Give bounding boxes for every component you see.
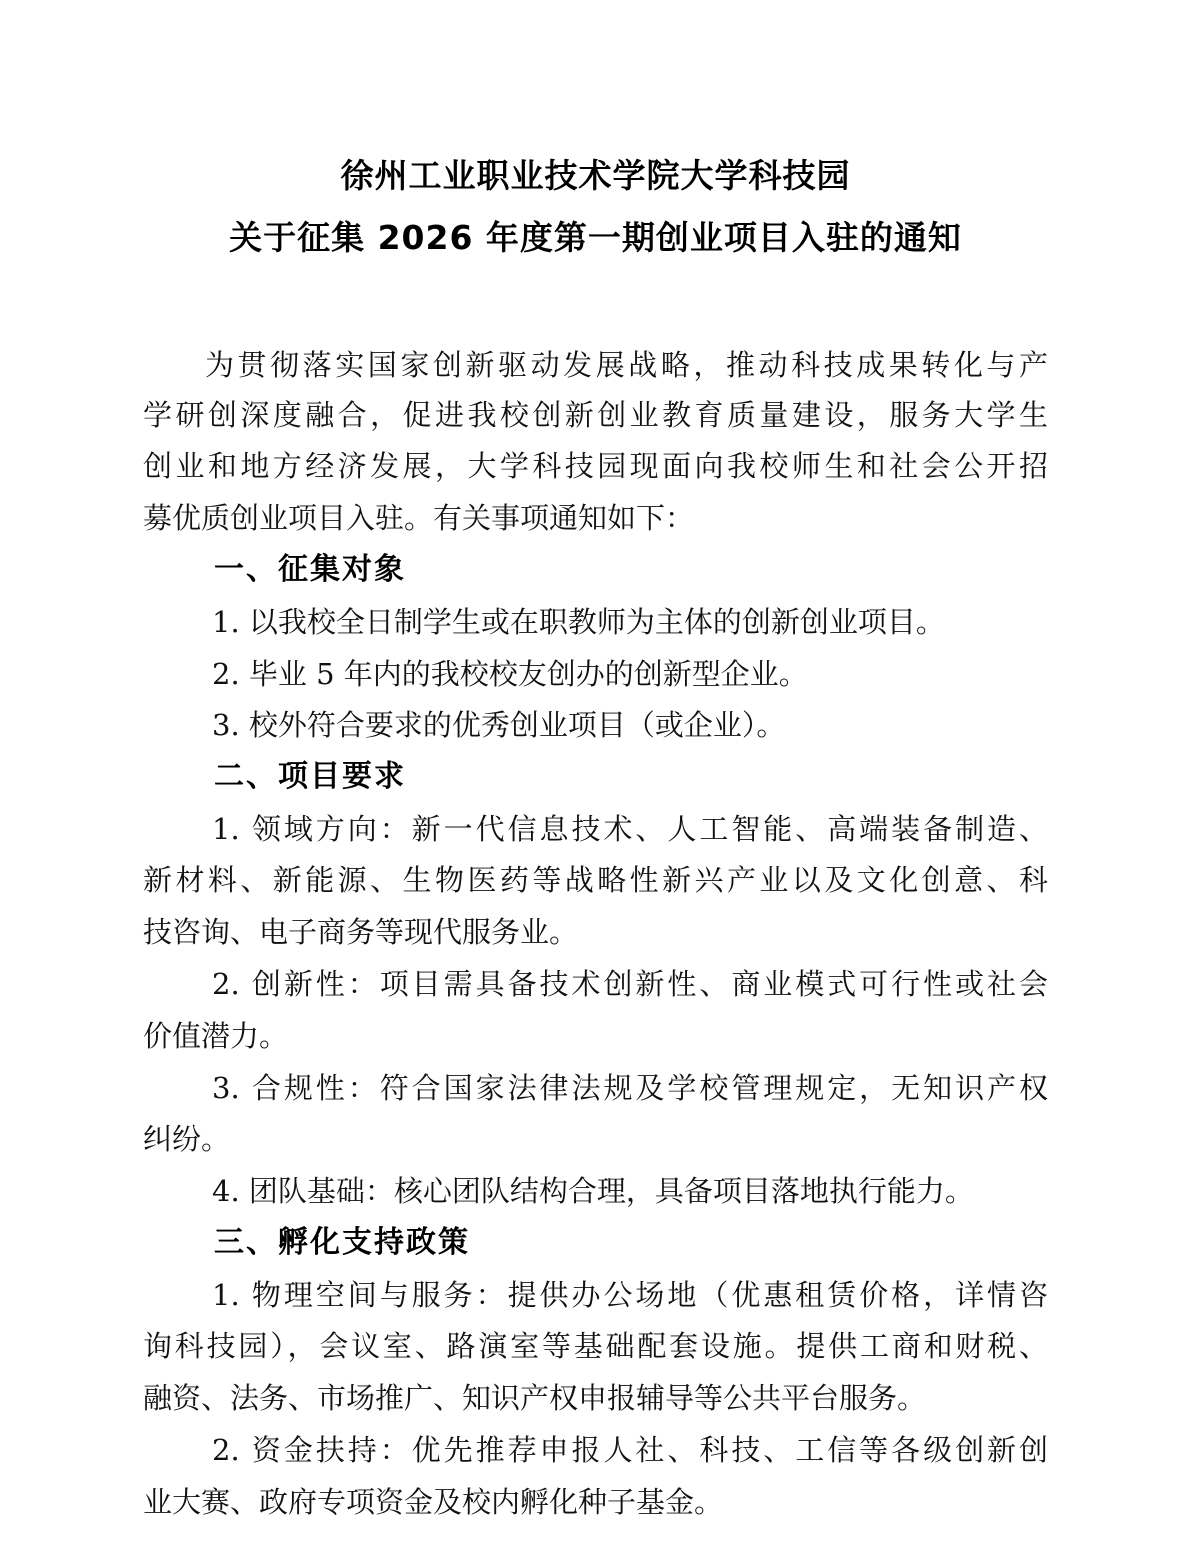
list-item-continuation: 询科技园），会议室、路演室等基础配套设施。提供工商和财税、 xyxy=(143,1328,1048,1364)
section-heading: 二、项目要求 xyxy=(214,759,406,795)
intro-line: 募优质创业项目入驻。有关事项通知如下： xyxy=(143,500,694,536)
list-item-continuation: 技咨询、电子商务等现代服务业。 xyxy=(143,914,578,950)
list-item: 1. 物理空间与服务：提供办公场地（优惠租赁价格，详情咨 xyxy=(212,1277,1048,1313)
intro-line: 为贯彻落实国家创新驱动发展战略，推动科技成果转化与产 xyxy=(205,347,1048,383)
list-item: 2. 资金扶持：优先推荐申报人社、科技、工信等各级创新创 xyxy=(212,1432,1048,1468)
list-item-continuation: 业大赛、政府专项资金及校内孵化种子基金。 xyxy=(143,1484,723,1520)
list-item: 1. 领域方向：新一代信息技术、人工智能、高端装备制造、 xyxy=(212,811,1048,847)
section-heading: 三、孵化支持政策 xyxy=(214,1225,470,1261)
list-item: 2. 创新性：项目需具备技术创新性、商业模式可行性或社会 xyxy=(212,966,1048,1002)
document-title-line-1: 徐州工业职业技术学院大学科技园 xyxy=(0,156,1191,196)
list-item: 3. 合规性：符合国家法律法规及学校管理规定，无知识产权 xyxy=(212,1070,1048,1106)
list-item: 3. 校外符合要求的优秀创业项目（或企业）。 xyxy=(212,707,785,743)
list-item-continuation: 价值潜力。 xyxy=(143,1018,288,1054)
section-heading: 一、征集对象 xyxy=(214,552,406,588)
list-item-continuation: 新材料、新能源、生物医药等战略性新兴产业以及文化创意、科 xyxy=(143,862,1048,898)
intro-line: 学研创深度融合，促进我校创新创业教育质量建设，服务大学生 xyxy=(143,397,1048,433)
document-title-line-2: 关于征集 2026 年度第一期创业项目入驻的通知 xyxy=(0,218,1191,258)
list-item-continuation: 纠纷。 xyxy=(143,1121,230,1157)
list-item: 2. 毕业 5 年内的我校校友创办的创新型企业。 xyxy=(212,656,808,692)
list-item: 4. 团队基础：核心团队结构合理，具备项目落地执行能力。 xyxy=(212,1173,974,1209)
list-item: 1. 以我校全日制学生或在职教师为主体的创新创业项目。 xyxy=(212,604,945,640)
intro-line: 创业和地方经济发展，大学科技园现面向我校师生和社会公开招 xyxy=(143,448,1048,484)
list-item-continuation: 融资、法务、市场推广、知识产权申报辅导等公共平台服务。 xyxy=(143,1380,926,1416)
document-page: 徐州工业职业技术学院大学科技园 关于征集 2026 年度第一期创业项目入驻的通知… xyxy=(0,0,1191,1543)
